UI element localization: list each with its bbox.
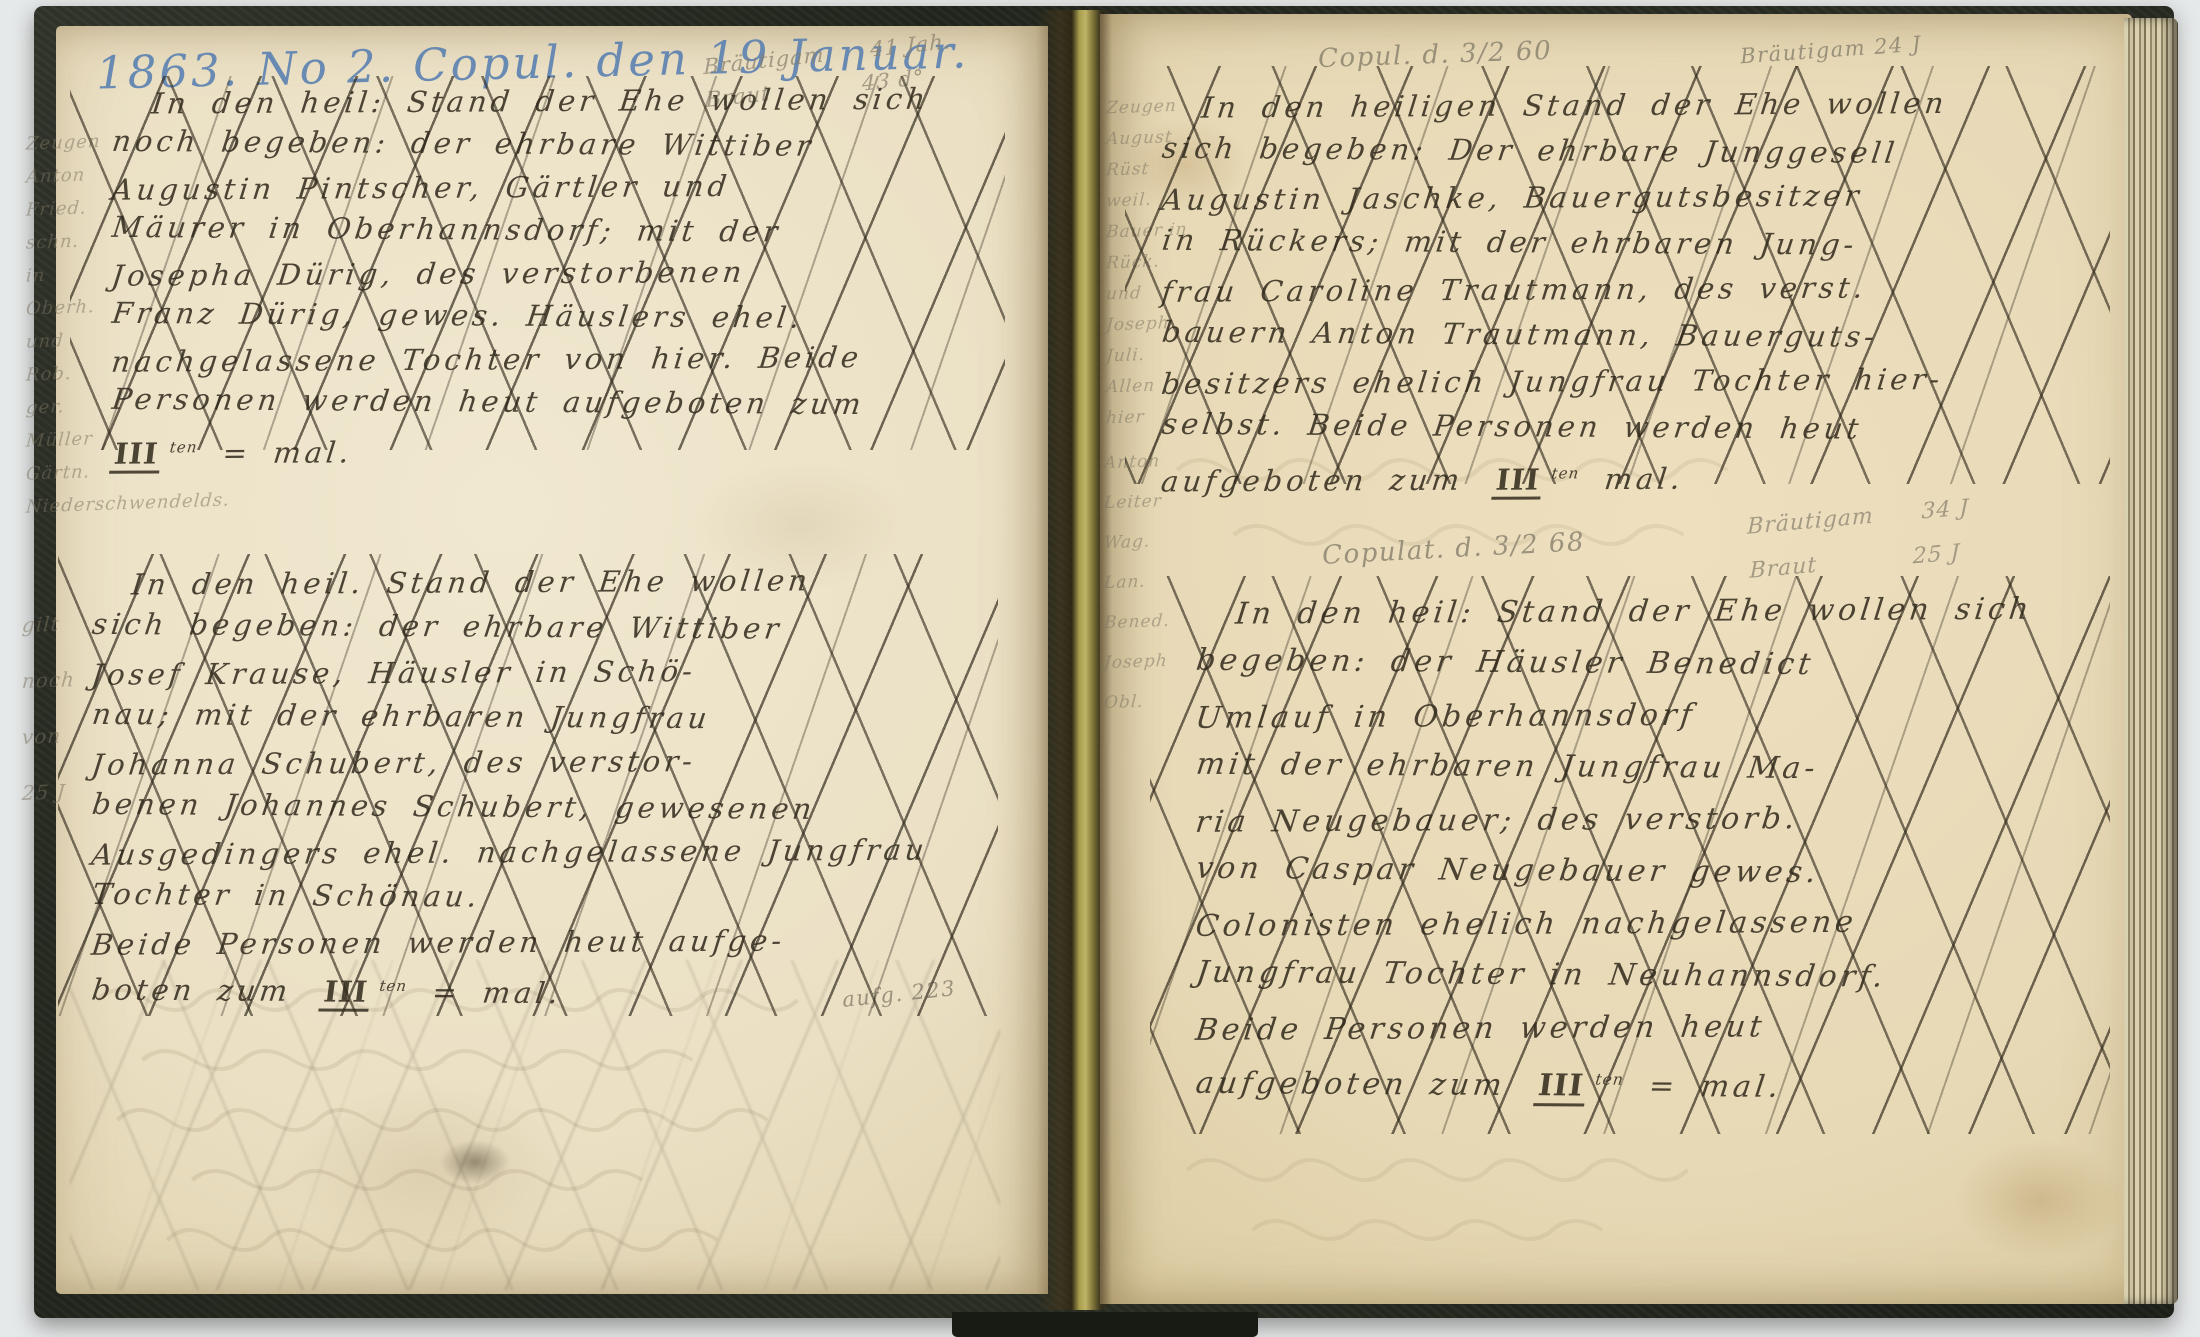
book-gutter (1036, 10, 1112, 1310)
banns-entry-1-right: In den heiligen Stand der Ehe wollensich… (1162, 82, 2092, 502)
script-line-part: = mal. (430, 975, 564, 1010)
script-line: In den heil. Stand der Ehe wollen (89, 557, 1000, 608)
script-line: Umlauf in Oberhannsdorf (1193, 687, 2130, 745)
script-line: Niederschwendelds. (25, 483, 231, 523)
script-line: Josepha Dürig, des verstorbenen (109, 249, 1020, 298)
script-line: bauern Anton Trautmann, Bauerguts- (1159, 309, 2094, 361)
script-line-part: aufgeboten zum (1159, 463, 1465, 499)
script-line: Jungfrau Tochter in Neuhannsdorf. (1193, 947, 2129, 1005)
aufgebot-roman-numeral: III (109, 436, 163, 473)
script-line: nachgelassene Tochter von hier. Beide (109, 335, 1020, 384)
script-line: In den heiligen Stand der Ehe wollen (1159, 79, 2095, 131)
script-line: Josef Krause, Häusler in Schö- (89, 647, 1000, 698)
aufgebot-roman-numeral: III (1533, 1068, 1589, 1106)
script-line: selbst. Beide Personen werden heut (1159, 401, 2094, 453)
script-line: sich begeben: Der ehrbare Junggesell (1159, 125, 2094, 177)
aufgebot-roman-numeral: III (319, 974, 373, 1011)
script-line-part: aufgeboten zum (1194, 1066, 1508, 1103)
script-line: Lan. (1103, 561, 1172, 603)
script-line: ria Neugebauer; des verstorb. (1193, 791, 2130, 849)
banns-entry-2-right: In den heil: Stand der Ehe wollen sichbe… (1196, 586, 2126, 1113)
script-line: Mäurer in Oberhannsdorf; mit der (110, 206, 1020, 255)
script-line: Johanna Schubert, des verstor- (89, 737, 1000, 788)
script-line-part: mal. (1603, 461, 1686, 495)
script-line: nau; mit der ehrbaren Jungfrau (89, 692, 999, 743)
script-line: IIIten= mal. (109, 421, 1020, 475)
script-line: Beide Personen werden heut (1193, 999, 2130, 1057)
script-line: in Rückers; mit der ehrbaren Jung- (1159, 217, 2094, 269)
script-line: besitzers ehelich Jungfrau Tochter hier- (1159, 355, 2095, 407)
page-edge-stack (2124, 18, 2178, 1304)
banns-entry-2-left: In den heil. Stand der Ehe wollensich be… (92, 560, 997, 1016)
script-line: begeben: der Häusler Benedict (1193, 635, 2129, 693)
script-line: benen Johannes Schubert, gewesenen (89, 782, 999, 833)
script-line: von Caspar Neugebauer gewes. (1193, 843, 2129, 901)
script-line-part: = mal. (221, 435, 355, 470)
script-line: Obl. (1103, 681, 1172, 723)
script-line-part: ten (1551, 464, 1581, 482)
script-line: Ausgedingers ehel. nachgelassene Jungfra… (89, 827, 1000, 878)
register-scan-scene: 1863. No 2. Copul. den 19 Januar. Bräuti… (0, 0, 2200, 1337)
script-line: frau Caroline Trautmann, des verst. (1159, 263, 2095, 315)
script-line: noch (20, 651, 77, 709)
script-line: Franz Dürig, gewes. Häuslers ehel. (110, 292, 1020, 341)
script-line-part: boten zum (90, 972, 293, 1007)
cover-bottom-edge (952, 1312, 1258, 1337)
script-line: Wag. (1103, 521, 1172, 563)
script-line: In den heil: Stand der Ehe wollen sich (109, 77, 1020, 126)
mid-age-notes-right: Bräutigam 34 JBraut 25 J (1746, 490, 1973, 590)
script-line: Augustin Jaschke, Bauergutsbesitzer (1159, 171, 2095, 223)
bleedthrough-writing (80, 970, 1000, 1290)
margin-notes-left-second: giltnochvon25 J (22, 596, 75, 820)
script-line: In den heil: Stand der Ehe wollen sich (1193, 583, 2130, 641)
script-line-part: = mal. (1647, 1069, 1785, 1105)
script-line: Bened. (1103, 601, 1172, 643)
banns-entry-1-left: In den heil: Stand der Ehe wollen sichno… (112, 80, 1017, 473)
script-line: von (20, 707, 77, 765)
script-line: mit der ehrbaren Jungfrau Ma- (1193, 739, 2129, 797)
script-line-part: ten (1594, 1071, 1625, 1089)
bleedthrough-writing (1170, 1140, 2050, 1270)
script-line: aufgeboten zumIIIten= mal. (1193, 1051, 2130, 1116)
script-line: sich begeben: der ehrbare Wittiber (89, 602, 999, 653)
script-line: noch begeben: der ehrbare Wittiber (110, 120, 1020, 169)
script-line: Augustin Pintscher, Gärtler und (109, 163, 1020, 212)
script-line: 25 J (20, 763, 77, 821)
script-line: Joseph (1103, 641, 1172, 683)
script-line: gilt (20, 595, 77, 653)
aufgebot-roman-numeral: III (1491, 462, 1545, 499)
script-line: Tochter in Schönau. (89, 872, 999, 923)
script-line: Personen werden heut aufgeboten zum (110, 378, 1020, 427)
script-line: Beide Personen werden heut aufge- (89, 917, 1000, 968)
script-line-part: ten (169, 438, 199, 456)
script-line: Colonisten ehelich nachgelassene (1193, 895, 2130, 953)
script-line-part: ten (378, 977, 408, 995)
